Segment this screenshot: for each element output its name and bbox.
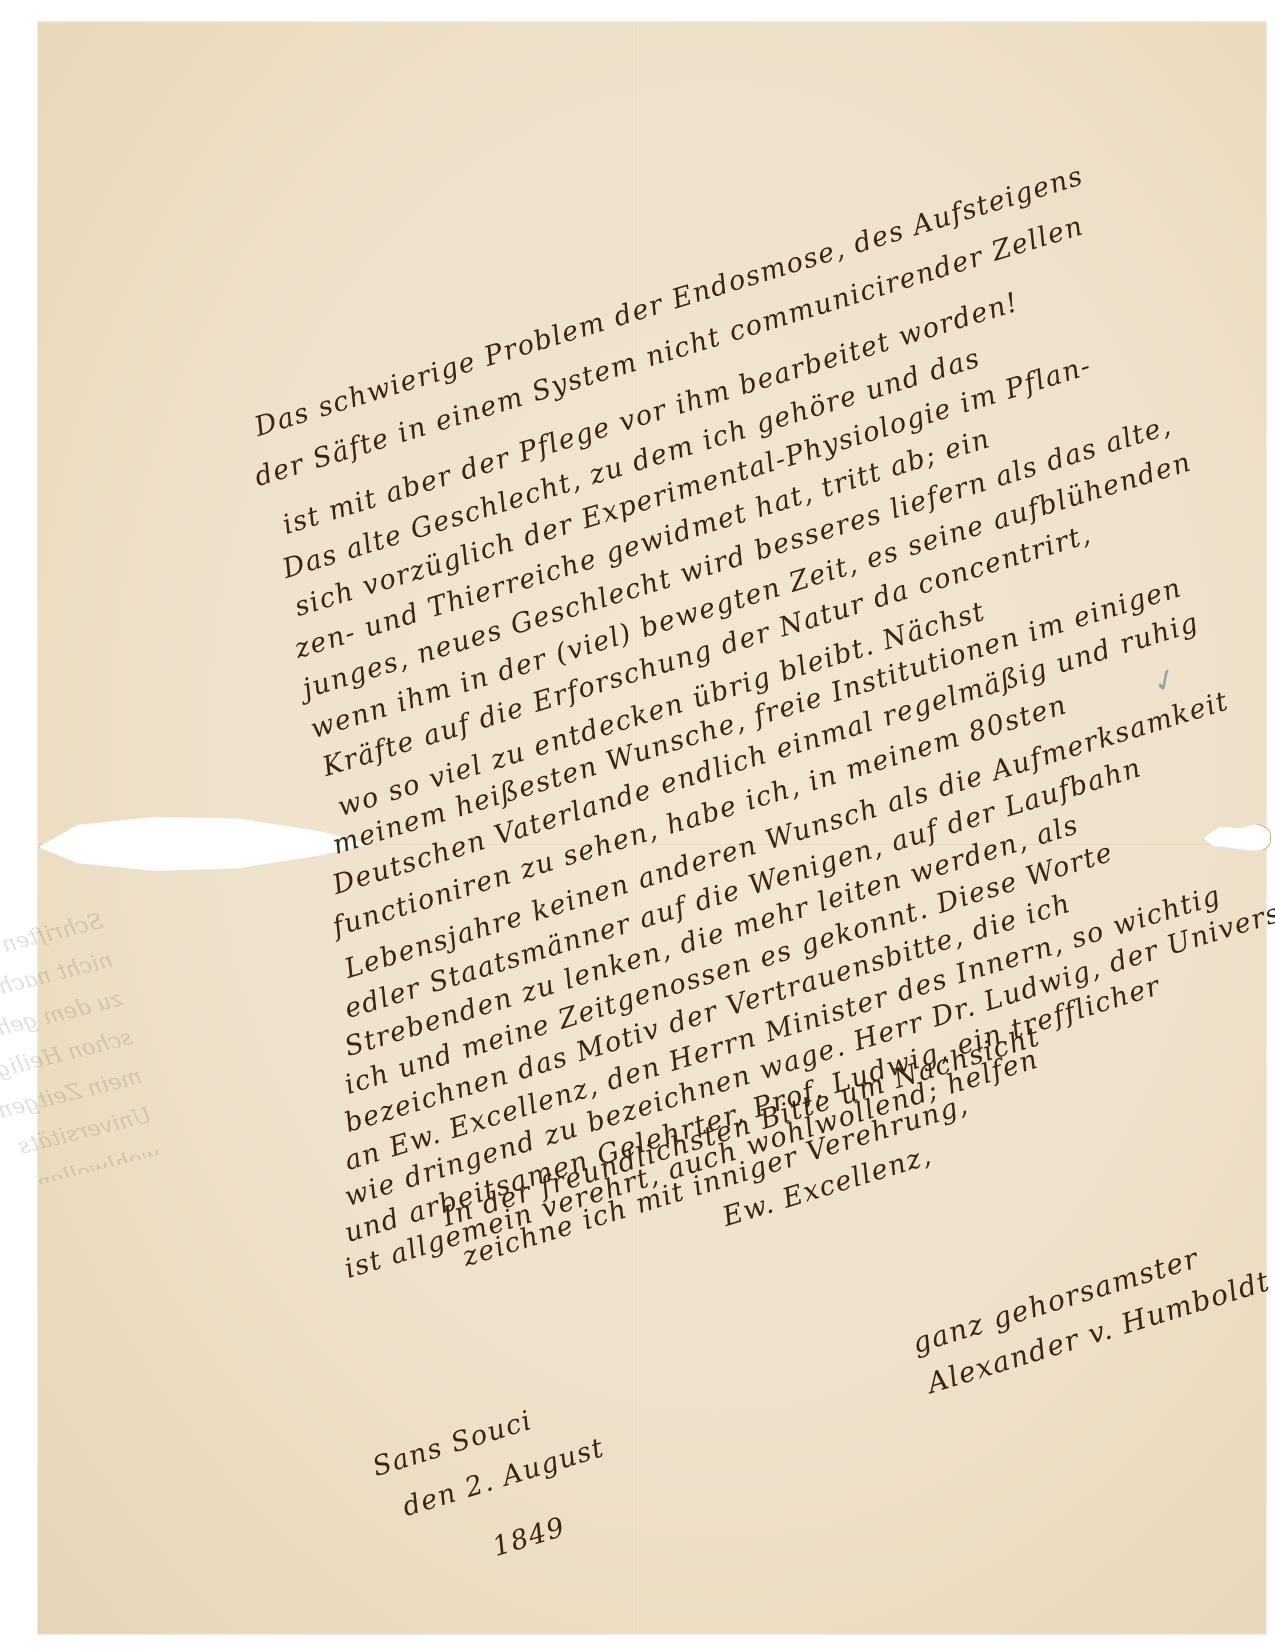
paper-tear-left xyxy=(38,812,370,876)
ink-bleed-through: Schriften nicht nach zu dem gehört schon… xyxy=(0,902,161,1227)
letter-page: Schriften nicht nach zu dem gehört schon… xyxy=(38,22,1266,1634)
paper-tear-right xyxy=(1203,822,1271,854)
dateline-year: 1849 xyxy=(489,1512,570,1563)
